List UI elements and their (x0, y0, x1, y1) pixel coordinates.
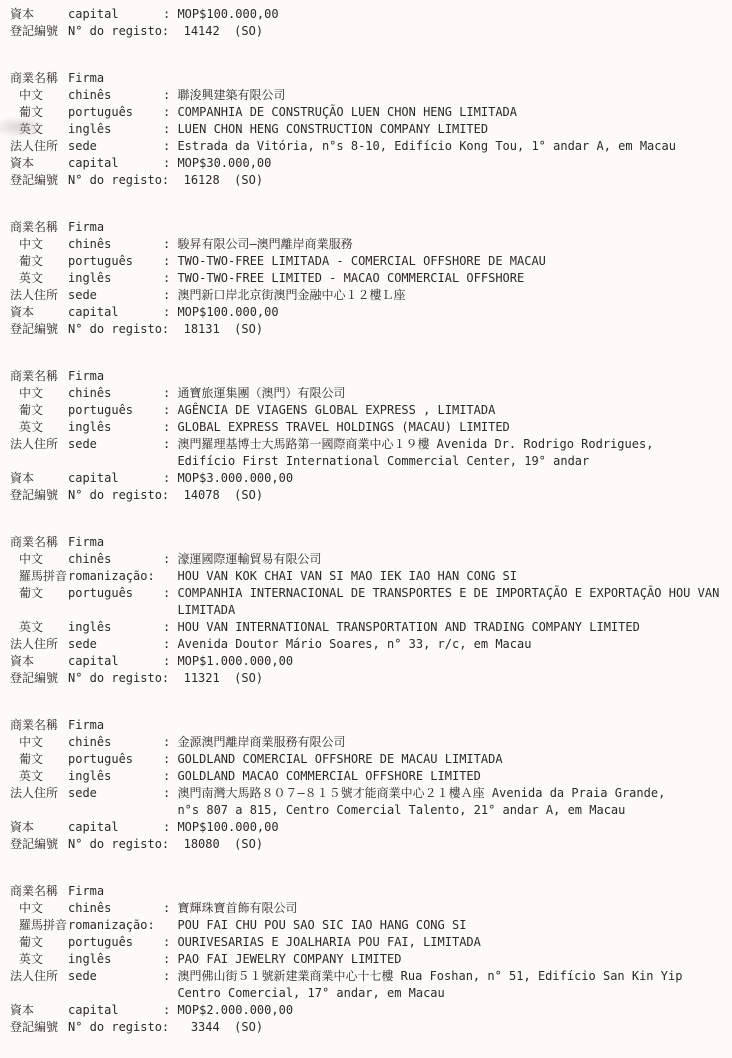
label-pt: inglês (68, 419, 163, 436)
label-zh: 中文 (10, 236, 68, 253)
field-value: : COMPANHIA DE CONSTRUÇÃO LUEN CHON HENG… (163, 104, 517, 121)
label-zh: 登記編號 (10, 23, 68, 40)
label-pt: inglês (68, 270, 163, 287)
field-value: : GLOBAL EXPRESS TRAVEL HOLDINGS (MACAU)… (163, 419, 510, 436)
label-zh: 商業名稱 (10, 219, 68, 236)
label-zh: 登記編號 (10, 172, 68, 189)
label-zh: 資本 (10, 819, 68, 836)
label-zh: 法人住所 (10, 436, 68, 453)
field-row: 登記編號 N° do registo: 14142 (SO) (10, 23, 732, 40)
field-value: n°s 807 a 815, Centro Comercial Talento,… (163, 802, 625, 819)
label-pt: Firma (68, 534, 163, 551)
field-value: : COMPANHIA INTERNACIONAL DE TRANSPORTES… (163, 585, 719, 602)
label-zh: 資本 (10, 155, 68, 172)
field-row: 商業名稱 Firma (10, 534, 732, 551)
label-zh: 資本 (10, 1002, 68, 1019)
label-pt: chinês (68, 551, 163, 568)
field-row: 登記編號 N° do registo: 16128 (SO) (10, 172, 732, 189)
field-value: : GOLDLAND MACAO COMMERCIAL OFFSHORE LIM… (163, 768, 481, 785)
label-zh (10, 602, 68, 619)
label-zh: 登記編號 (10, 670, 68, 687)
label-zh: 商業名稱 (10, 717, 68, 734)
label-pt: português (68, 751, 163, 768)
field-value: : MOP$3.000.000,00 (163, 470, 293, 487)
label-zh: 資本 (10, 304, 68, 321)
label-pt: chinês (68, 385, 163, 402)
label-zh: 登記編號 (10, 321, 68, 338)
field-value: : Avenida Doutor Mário Soares, n° 33, r/… (163, 636, 531, 653)
field-row: 英文 inglês : LUEN CHON HENG CONSTRUCTION … (10, 121, 732, 138)
label-pt: inglês (68, 768, 163, 785)
label-pt: N° do registo: (68, 836, 169, 853)
field-row: 資本 capital : MOP$100.000,00 (10, 819, 732, 836)
field-row: 資本 capital : MOP$2.000.000,00 (10, 1002, 732, 1019)
label-zh: 商業名稱 (10, 883, 68, 900)
label-zh: 法人住所 (10, 968, 68, 985)
field-value: : 澳門羅理基博士大馬路第一國際商業中心１９樓 Avenida Dr. Rodr… (163, 436, 653, 453)
field-value: : 駿昇有限公司—澳門離岸商業服務 (163, 236, 353, 253)
field-row: 商業名稱 Firma (10, 717, 732, 734)
field-row: 英文 inglês : GOLDLAND MACAO COMMERCIAL OF… (10, 768, 732, 785)
field-value: : MOP$30.000,00 (163, 155, 271, 172)
field-row: 商業名稱 Firma (10, 883, 732, 900)
field-row: 資本 capital : MOP$1.000.000,00 (10, 653, 732, 670)
field-row: 葡文 português : COMPANHIA DE CONSTRUÇÃO L… (10, 104, 732, 121)
label-pt: capital (68, 6, 163, 23)
field-value: 14142 (SO) (169, 23, 263, 40)
field-row: 中文 chinês : 濠運國際運輸貿易有限公司 (10, 551, 732, 568)
label-pt: português (68, 104, 163, 121)
field-value: : TWO-TWO-FREE LIMITED - MACAO COMMERCIA… (163, 270, 524, 287)
label-pt: Firma (68, 70, 163, 87)
label-pt: chinês (68, 900, 163, 917)
label-zh: 法人住所 (10, 287, 68, 304)
field-value: : OURIVESARIAS E JOALHARIA POU FAI, LIMI… (163, 934, 481, 951)
field-value: : AGÊNCIA DE VIAGENS GLOBAL EXPRESS , LI… (163, 402, 495, 419)
label-pt: Firma (68, 368, 163, 385)
field-row: 商業名稱 Firma (10, 219, 732, 236)
field-value: : 澳門佛山街５１號新建業商業中心十七樓 Rua Foshan, n° 51, … (163, 968, 682, 985)
field-row: 登記編號 N° do registo: 3344 (SO) (10, 1019, 732, 1036)
label-pt: sede (68, 436, 163, 453)
label-pt: sede (68, 287, 163, 304)
field-row: 資本 capital : MOP$100.000,00 (10, 304, 732, 321)
label-pt (68, 802, 163, 819)
label-pt (68, 602, 163, 619)
label-zh: 中文 (10, 734, 68, 751)
label-zh: 商業名稱 (10, 368, 68, 385)
label-pt: N° do registo: (68, 23, 169, 40)
field-row: 英文 inglês : HOU VAN INTERNATIONAL TRANSP… (10, 619, 732, 636)
label-pt (68, 985, 163, 1002)
field-value: : GOLDLAND COMERCIAL OFFSHORE DE MACAU L… (163, 751, 503, 768)
label-pt: capital (68, 819, 163, 836)
field-row: 資本 capital : MOP$3.000.000,00 (10, 470, 732, 487)
label-pt: N° do registo: (68, 172, 169, 189)
field-value: : 聯浚興建築有限公司 (163, 87, 285, 104)
field-row: 資本 capital : MOP$30.000,00 (10, 155, 732, 172)
field-row: 登記編號 N° do registo: 14078 (SO) (10, 487, 732, 504)
field-value: 18131 (SO) (169, 321, 263, 338)
label-zh: 羅馬拼音 (10, 568, 68, 585)
field-value: : TWO-TWO-FREE LIMITADA - COMERCIAL OFFS… (163, 253, 546, 270)
field-value: 18080 (SO) (169, 836, 263, 853)
company-entry: 商業名稱 Firma 中文 chinês : 通寶旅運集團（澳門）有限公司 葡文… (10, 368, 732, 504)
company-entry: 商業名稱 Firma 中文 chinês : 駿昇有限公司—澳門離岸商業服務 葡… (10, 219, 732, 338)
field-row: Edifício First International Commercial … (10, 453, 732, 470)
label-pt: português (68, 934, 163, 951)
label-zh: 英文 (10, 121, 68, 138)
field-value: : MOP$100.000,00 (163, 304, 279, 321)
field-value: : 澳門新口岸北京街澳門金融中心１２樓Ｌ座 (163, 287, 405, 304)
label-pt: capital (68, 304, 163, 321)
label-zh: 英文 (10, 768, 68, 785)
field-row: 中文 chinês : 寶輝珠寶首飾有限公司 (10, 900, 732, 917)
label-pt: português (68, 585, 163, 602)
label-zh: 登記編號 (10, 836, 68, 853)
field-row: 葡文 português : GOLDLAND COMERCIAL OFFSHO… (10, 751, 732, 768)
field-row: 葡文 português : AGÊNCIA DE VIAGENS GLOBAL… (10, 402, 732, 419)
field-row: 中文 chinês : 金源澳門離岸商業服務有限公司 (10, 734, 732, 751)
field-value: Edifício First International Commercial … (163, 453, 589, 470)
field-value: : 濠運國際運輸貿易有限公司 (163, 551, 321, 568)
label-zh (10, 453, 68, 470)
label-pt: inglês (68, 951, 163, 968)
label-pt: capital (68, 155, 163, 172)
field-value: : MOP$1.000.000,00 (163, 653, 293, 670)
field-value: : MOP$100.000,00 (163, 6, 279, 23)
field-row: 法人住所 sede : 澳門佛山街５１號新建業商業中心十七樓 Rua Fosha… (10, 968, 732, 985)
label-pt: português (68, 253, 163, 270)
label-zh: 中文 (10, 87, 68, 104)
field-row: 中文 chinês : 聯浚興建築有限公司 (10, 87, 732, 104)
field-value: POU FAI CHU POU SAO SIC IAO HANG CONG SI (163, 917, 466, 934)
label-pt: inglês (68, 121, 163, 138)
field-row: 法人住所 sede : 澳門南灣大馬路８０７—８１５號才能商業中心２１樓Ａ座 A… (10, 785, 732, 802)
label-zh: 葡文 (10, 751, 68, 768)
field-value: 16128 (SO) (169, 172, 263, 189)
label-pt: romanização: (68, 917, 163, 934)
label-pt: N° do registo: (68, 670, 169, 687)
field-row: 葡文 português : COMPANHIA INTERNACIONAL D… (10, 585, 732, 602)
field-row: 法人住所 sede : 澳門羅理基博士大馬路第一國際商業中心１９樓 Avenid… (10, 436, 732, 453)
label-zh: 英文 (10, 270, 68, 287)
field-value: : 澳門南灣大馬路８０７—８１５號才能商業中心２１樓Ａ座 Avenida da … (163, 785, 665, 802)
label-zh: 中文 (10, 900, 68, 917)
label-zh: 登記編號 (10, 487, 68, 504)
field-value: HOU VAN KOK CHAI VAN SI MAO IEK IAO HAN … (163, 568, 517, 585)
field-value: 3344 (SO) (169, 1019, 263, 1036)
label-zh: 葡文 (10, 253, 68, 270)
label-zh: 中文 (10, 385, 68, 402)
field-value: 14078 (SO) (169, 487, 263, 504)
label-zh: 中文 (10, 551, 68, 568)
field-row: 英文 inglês : PAO FAI JEWELRY COMPANY LIMI… (10, 951, 732, 968)
label-pt: romanização: (68, 568, 163, 585)
field-value: LIMITADA (163, 602, 235, 619)
label-zh: 葡文 (10, 104, 68, 121)
label-pt: sede (68, 138, 163, 155)
field-value: : Estrada da Vitória, n°s 8-10, Edifício… (163, 138, 676, 155)
field-row: n°s 807 a 815, Centro Comercial Talento,… (10, 802, 732, 819)
company-entry: 商業名稱 Firma 中文 chinês : 濠運國際運輸貿易有限公司 羅馬拼音… (10, 534, 732, 687)
label-zh: 資本 (10, 470, 68, 487)
field-value: : MOP$2.000.000,00 (163, 1002, 293, 1019)
field-value: : 通寶旅運集團（澳門）有限公司 (163, 385, 345, 402)
field-row: 中文 chinês : 通寶旅運集團（澳門）有限公司 (10, 385, 732, 402)
field-row: 法人住所 sede : 澳門新口岸北京街澳門金融中心１２樓Ｌ座 (10, 287, 732, 304)
company-entry: 商業名稱 Firma 中文 chinês : 金源澳門離岸商業服務有限公司 葡文… (10, 717, 732, 853)
label-pt: Firma (68, 883, 163, 900)
label-zh: 登記編號 (10, 1019, 68, 1036)
field-row: 羅馬拼音 romanização: POU FAI CHU POU SAO SI… (10, 917, 732, 934)
field-row: LIMITADA (10, 602, 732, 619)
label-pt: inglês (68, 619, 163, 636)
label-pt: N° do registo: (68, 487, 169, 504)
company-entry: 商業名稱 Firma 中文 chinês : 寶輝珠寶首飾有限公司 羅馬拼音 r… (10, 883, 732, 1036)
field-value: : LUEN CHON HENG CONSTRUCTION COMPANY LI… (163, 121, 488, 138)
label-pt: português (68, 402, 163, 419)
field-value: : 金源澳門離岸商業服務有限公司 (163, 734, 345, 751)
label-zh (10, 985, 68, 1002)
label-pt: Firma (68, 717, 163, 734)
field-value: : MOP$100.000,00 (163, 819, 279, 836)
field-row: Centro Comercial, 17° andar, em Macau (10, 985, 732, 1002)
label-pt: capital (68, 1002, 163, 1019)
label-zh: 英文 (10, 951, 68, 968)
field-row: 中文 chinês : 駿昇有限公司—澳門離岸商業服務 (10, 236, 732, 253)
field-row: 登記編號 N° do registo: 18080 (SO) (10, 836, 732, 853)
label-pt: sede (68, 785, 163, 802)
label-zh: 資本 (10, 6, 68, 23)
label-pt: sede (68, 636, 163, 653)
label-zh: 資本 (10, 653, 68, 670)
field-value: : HOU VAN INTERNATIONAL TRANSPORTATION A… (163, 619, 640, 636)
field-row: 商業名稱 Firma (10, 368, 732, 385)
label-zh: 羅馬拼音 (10, 917, 68, 934)
registry-document: 資本 capital : MOP$100.000,00 登記編號 N° do r… (0, 0, 732, 1036)
label-pt: sede (68, 968, 163, 985)
field-row: 葡文 português : TWO-TWO-FREE LIMITADA - C… (10, 253, 732, 270)
label-zh: 商業名稱 (10, 534, 68, 551)
field-row: 登記編號 N° do registo: 18131 (SO) (10, 321, 732, 338)
label-pt: chinês (68, 87, 163, 104)
field-value: : 寶輝珠寶首飾有限公司 (163, 900, 297, 917)
label-zh: 葡文 (10, 585, 68, 602)
field-row: 商業名稱 Firma (10, 70, 732, 87)
field-row: 資本 capital : MOP$100.000,00 (10, 6, 732, 23)
field-row: 法人住所 sede : Avenida Doutor Mário Soares,… (10, 636, 732, 653)
label-zh: 法人住所 (10, 785, 68, 802)
label-pt: Firma (68, 219, 163, 236)
label-pt: capital (68, 470, 163, 487)
label-zh: 英文 (10, 619, 68, 636)
label-pt (68, 453, 163, 470)
field-row: 英文 inglês : TWO-TWO-FREE LIMITED - MACAO… (10, 270, 732, 287)
label-pt: chinês (68, 236, 163, 253)
field-row: 登記編號 N° do registo: 11321 (SO) (10, 670, 732, 687)
field-row: 法人住所 sede : Estrada da Vitória, n°s 8-10… (10, 138, 732, 155)
label-zh: 葡文 (10, 402, 68, 419)
label-zh: 葡文 (10, 934, 68, 951)
label-zh: 法人住所 (10, 138, 68, 155)
label-zh (10, 802, 68, 819)
label-zh: 法人住所 (10, 636, 68, 653)
field-value: Centro Comercial, 17° andar, em Macau (163, 985, 445, 1002)
field-value: 11321 (SO) (169, 670, 263, 687)
field-row: 葡文 português : OURIVESARIAS E JOALHARIA … (10, 934, 732, 951)
label-zh: 商業名稱 (10, 70, 68, 87)
field-value: : PAO FAI JEWELRY COMPANY LIMITED (163, 951, 401, 968)
label-pt: N° do registo: (68, 1019, 169, 1036)
field-row: 英文 inglês : GLOBAL EXPRESS TRAVEL HOLDIN… (10, 419, 732, 436)
label-pt: chinês (68, 734, 163, 751)
company-entry: 商業名稱 Firma 中文 chinês : 聯浚興建築有限公司 葡文 port… (10, 70, 732, 189)
label-pt: capital (68, 653, 163, 670)
label-pt: N° do registo: (68, 321, 169, 338)
field-row: 羅馬拼音 romanização: HOU VAN KOK CHAI VAN S… (10, 568, 732, 585)
company-entry: 資本 capital : MOP$100.000,00 登記編號 N° do r… (10, 6, 732, 40)
label-zh: 英文 (10, 419, 68, 436)
